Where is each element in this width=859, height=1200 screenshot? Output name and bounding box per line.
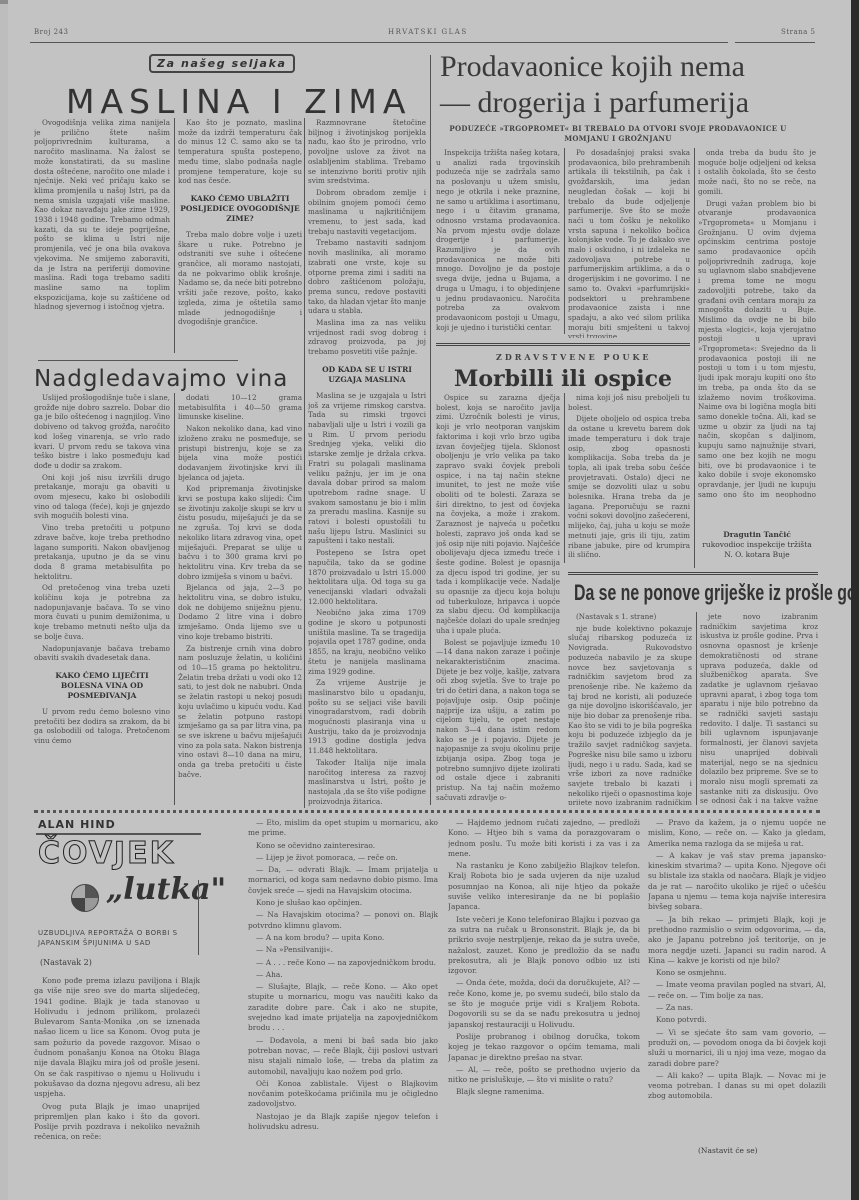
author-rule [36,833,201,835]
councils-column-2: jete novo izabranim radničkim savjetima … [700,612,818,805]
section-rule [436,343,690,346]
olive-column-2: Kao što je poznato, maslina može da izdr… [178,118,302,356]
serial-column-4: — Pravo da kažem, ja o njemu uopće ne mi… [648,818,826,1118]
serial-title-line2: „lutka" [106,872,226,907]
column-divider [430,55,431,805]
column-divider [564,393,565,563]
serial-divider [34,810,820,813]
column-divider [564,148,565,334]
olive-subhead-1: KAKO ĆEMO UBLAŽITI POSLJEDICE OVOGODIŠNJ… [178,194,302,224]
issue-number: Broj 243 [34,28,68,36]
article-title-councils: Da se ne ponove griješke iz prošle godin… [574,580,859,606]
page-number: Strana 5 [781,28,816,36]
olive-column-3: Razmnovrane štetočine biljnog i životinj… [308,118,426,808]
article-title-olive: MASLINA I ZIMA [66,82,411,121]
shops-column-3: onda treba da budu što je moguće bolje o… [698,148,816,498]
signature-office: N. O. kotara Buje [698,550,816,560]
shops-column-2: Po dosadašnjoj praksi svaka prodavaonica… [568,148,690,338]
wine-column-2: dodati 10—12 grama metabisulfita i 40—50… [178,393,302,805]
serial-installment: (Nastavak 2) [40,958,92,967]
wine-subhead: KAKO ĆEMO LIJEČITI BOLESNA VINA OD POSME… [34,671,170,701]
councils-column-1: (Nastavak s 1. strane) nje bude kolektiv… [568,612,692,805]
scan-edge-right [851,0,859,1200]
shops-column-1: Inspekcija tržišta našeg kotara, u anali… [436,148,560,338]
wine-column-1: Uslijed prošlogodišnje tuče i slane, gro… [34,393,170,803]
serial-column-1: Kono pođe prema izlazu paviljona i Blajk… [34,976,200,1176]
column-divider [174,118,175,353]
article-title-wine: Nadgledavajmo vina [34,366,288,392]
measles-column-2: nima koji još nisu preboljeli tu bolest.… [568,393,690,563]
article-title-shops-line1: Prodavaonice kojih nema [440,50,745,84]
signature-name: Dragutin Tančić [698,530,816,540]
article-rule [38,360,238,361]
olive-subhead-2: OD KADA SE U ISTRI UZGAJA MASLINA [308,365,426,385]
shops-signature: Dragutin Tančić rukovodioc inspekcije tr… [698,530,816,560]
signature-role: rukovodioc inspekcije tržišta [698,540,816,550]
masthead-rule-right [735,42,815,43]
measles-column-1: Ospice su zarazna dječja bolest, koja se… [436,393,560,805]
section-rule [568,572,818,575]
serial-continued-note: (Nastavit će se) [698,1146,758,1155]
article-title-shops-line2: — drogerija i parfumerija [440,86,749,120]
newspaper-page: Broj 243 HRVATSKI GLAS Strana 5 Za našeg… [8,0,851,1200]
column-divider [696,612,697,805]
column-divider [304,118,305,808]
serial-column-3: — Hajdemo jednom ručati zajedno, — predl… [448,818,640,1178]
measles-kicker: ZDRAVSTVENE POUKE [496,352,652,362]
olive-column-1: Ovogodišnja velika zima nanijela je pril… [34,118,170,356]
masthead-rule [30,42,728,43]
column-divider [694,148,695,568]
column-divider [174,393,175,805]
newspaper-name: HRVATSKI GLAS [388,28,468,36]
shops-deck: PODUZEĆE »TRGOPROMET« BI TREBALO DA OTVO… [448,124,788,144]
globe-emblem-icon [71,884,99,912]
serial-title-line1: ČOVJEK [38,836,175,871]
article-title-measles: Morbilli ili ospice [454,366,672,392]
serial-column-2: — Eto, mislim da opet stupim u mornaricu… [248,818,438,1178]
column-divider [198,880,199,955]
serial-author: ALAN HIND [38,818,116,831]
section-kicker: Za našeg seljaka [149,54,295,73]
serial-deck: UZBUDLJIVA REPORTAŽA O BORBI S JAPANSKIM… [38,928,178,948]
